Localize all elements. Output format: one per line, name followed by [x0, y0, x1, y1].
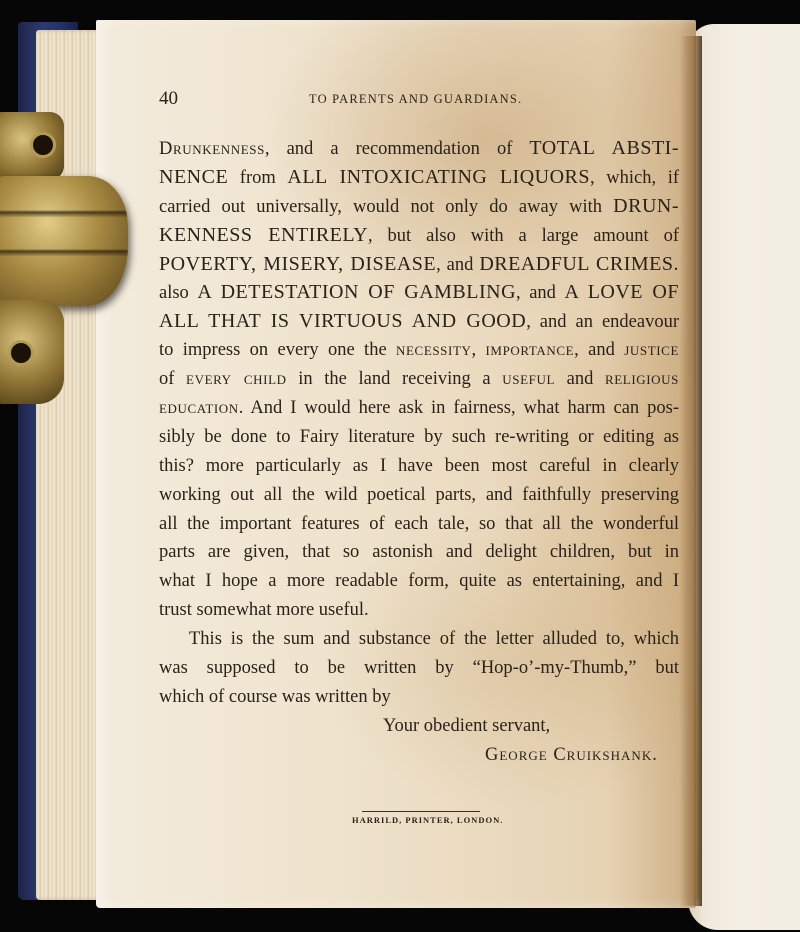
emphasis-text: education: [159, 398, 239, 418]
text-line: which of course was written by: [159, 683, 679, 712]
text-line: This is the sum and substance of the let…: [159, 625, 679, 654]
emphasis-text: KENNESS ENTIRELY: [159, 224, 368, 246]
right-blank-page: [688, 24, 800, 930]
text-run: , but also with a large amount of: [368, 226, 679, 246]
printer-imprint: HARRILD, PRINTER, LONDON.: [352, 815, 503, 825]
page-text: 40 TO PARENTS AND GUARDIANS. Drunkenness…: [159, 88, 679, 770]
text-run: , and: [516, 283, 564, 303]
imprint-rule: [362, 811, 480, 812]
emphasis-text: necessity: [396, 340, 471, 360]
author-signature: George Cruikshank.: [159, 741, 679, 770]
text-run: trust somewhat more useful.: [159, 600, 369, 620]
text-run: working out all the wild poetical parts,…: [159, 485, 679, 505]
text-line: POVERTY, MISERY, DISEASE, and DREADFUL C…: [159, 250, 679, 279]
text-run: , and an endeavour: [526, 312, 679, 332]
clasp-rivet-hole: [8, 340, 34, 366]
book-photograph: 40 TO PARENTS AND GUARDIANS. Drunkenness…: [0, 0, 800, 932]
emphasis-text: ALL INTOXICATING LIQUORS: [287, 166, 590, 188]
text-run: , and: [574, 340, 624, 360]
text-run: from: [228, 168, 287, 188]
emphasis-text: DREADFUL CRIMES.: [479, 253, 679, 275]
emphasis-text: useful: [502, 369, 555, 389]
text-line: carried out universally, would not only …: [159, 192, 679, 221]
text-line: also A DETESTATION OF GAMBLING, and A LO…: [159, 278, 679, 307]
text-line: education. And I would here ask in fairn…: [159, 394, 679, 423]
emphasis-text: DRUN-: [613, 195, 679, 217]
text-line: trust somewhat more useful.: [159, 596, 679, 625]
brass-clasp-icon: [0, 104, 134, 404]
body-text: Drunkenness, and a recommendation of TOT…: [159, 134, 679, 770]
text-line: what I hope a more readable form, quite …: [159, 567, 679, 596]
text-line: all the important features of each tale,…: [159, 510, 679, 539]
text-line: NENCE from ALL INTOXICATING LIQUORS, whi…: [159, 163, 679, 192]
emphasis-text: religious: [605, 369, 679, 389]
text-run: this? more particularly as I have been m…: [159, 456, 679, 476]
emphasis-text: ALL THAT IS VIRTUOUS AND GOOD: [159, 310, 526, 332]
text-line: ALL THAT IS VIRTUOUS AND GOOD, and an en…: [159, 307, 679, 336]
text-line: this? more particularly as I have been m…: [159, 452, 679, 481]
text-run: carried out universally, would not only …: [159, 197, 613, 217]
text-run: also: [159, 283, 197, 303]
emphasis-text: POVERTY, MISERY, DISEASE: [159, 253, 436, 275]
text-run: of: [159, 369, 186, 389]
text-run: . And I would here ask in fairness, what…: [239, 398, 679, 418]
text-line: KENNESS ENTIRELY, but also with a large …: [159, 221, 679, 250]
text-run: , which, if: [590, 168, 679, 188]
emphasis-text: TOTAL ABSTI-: [529, 137, 679, 159]
text-run: all the important features of each tale,…: [159, 514, 679, 534]
text-run: ,: [471, 340, 485, 360]
text-run: sibly be done to Fairy literature by suc…: [159, 427, 679, 447]
emphasis-text: A LOVE OF: [564, 281, 679, 303]
emphasis-text: A DETESTATION OF GAMBLING: [197, 281, 516, 303]
emphasis-text: NENCE: [159, 166, 228, 188]
text-line: to impress on every one the necessity, i…: [159, 336, 679, 365]
page-number: 40: [159, 88, 178, 110]
clasp-bottom-plate: [0, 300, 64, 404]
text-run: , and: [436, 255, 479, 275]
text-run: what I hope a more readable form, quite …: [159, 571, 679, 591]
text-run: to impress on every one the: [159, 340, 396, 360]
emphasis-text: importance: [485, 340, 574, 360]
running-head: 40 TO PARENTS AND GUARDIANS.: [159, 88, 679, 116]
text-line: was supposed to be written by “Hop-o’-my…: [159, 654, 679, 683]
text-line: of every child in the land receiving a u…: [159, 365, 679, 394]
emphasis-text: Drunkenness: [159, 139, 265, 159]
text-line: parts are given, that so astonish and de…: [159, 538, 679, 567]
emphasis-text: justice: [624, 340, 679, 360]
text-run: parts are given, that so astonish and de…: [159, 542, 679, 562]
text-run: , and a recommendation of: [265, 139, 529, 159]
page-gutter-shadow: [680, 36, 702, 906]
paragraph-1: Drunkenness, and a recommendation of TOT…: [159, 134, 679, 625]
clasp-hand-shape: [0, 176, 128, 306]
emphasis-text: every child: [186, 369, 287, 389]
text-run: in the land receiving a: [287, 369, 503, 389]
text-line: Drunkenness, and a recommendation of TOT…: [159, 134, 679, 163]
closing-salutation: Your obedient servant,: [159, 712, 679, 741]
clasp-top-plate: [0, 112, 64, 180]
clasp-rivet-hole: [30, 132, 56, 158]
text-line: working out all the wild poetical parts,…: [159, 481, 679, 510]
text-run: and: [555, 369, 605, 389]
running-head-title: TO PARENTS AND GUARDIANS.: [309, 92, 522, 107]
text-line: sibly be done to Fairy literature by suc…: [159, 423, 679, 452]
